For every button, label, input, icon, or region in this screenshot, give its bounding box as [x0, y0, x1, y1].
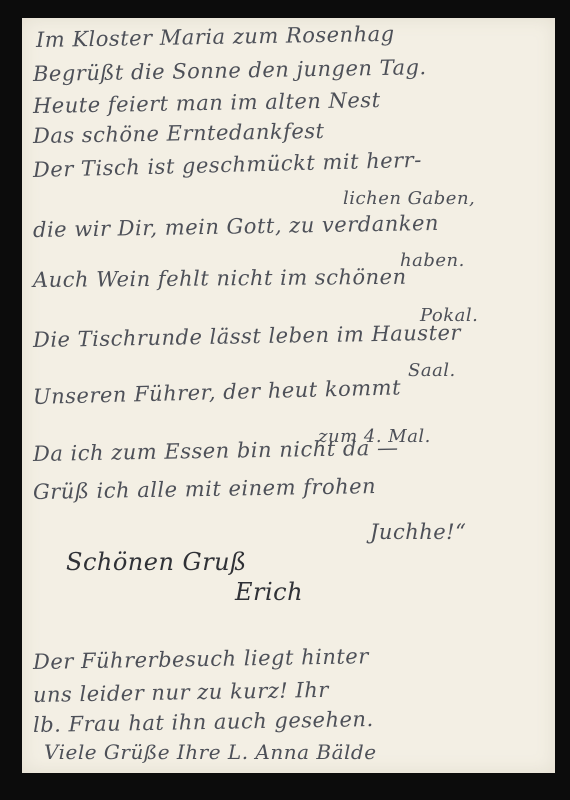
- handwritten-line: haben.: [400, 250, 465, 271]
- handwritten-line: Saal.: [408, 360, 456, 381]
- handwritten-line: Das schöne Erntedankfest: [33, 119, 325, 148]
- signature-greeting: Schönen Gruß: [66, 548, 247, 576]
- handwritten-line: Juchhe!“: [370, 520, 466, 544]
- handwritten-line: lichen Gaben,: [343, 188, 475, 209]
- handwritten-line: uns leider nur zu kurz! Ihr: [33, 678, 329, 707]
- signature-erich: Erich: [235, 578, 303, 606]
- handwritten-line: Auch Wein fehlt nicht im schönen: [33, 265, 407, 292]
- signature-anna: Viele Grüße Ihre L. Anna Bälde: [44, 740, 377, 764]
